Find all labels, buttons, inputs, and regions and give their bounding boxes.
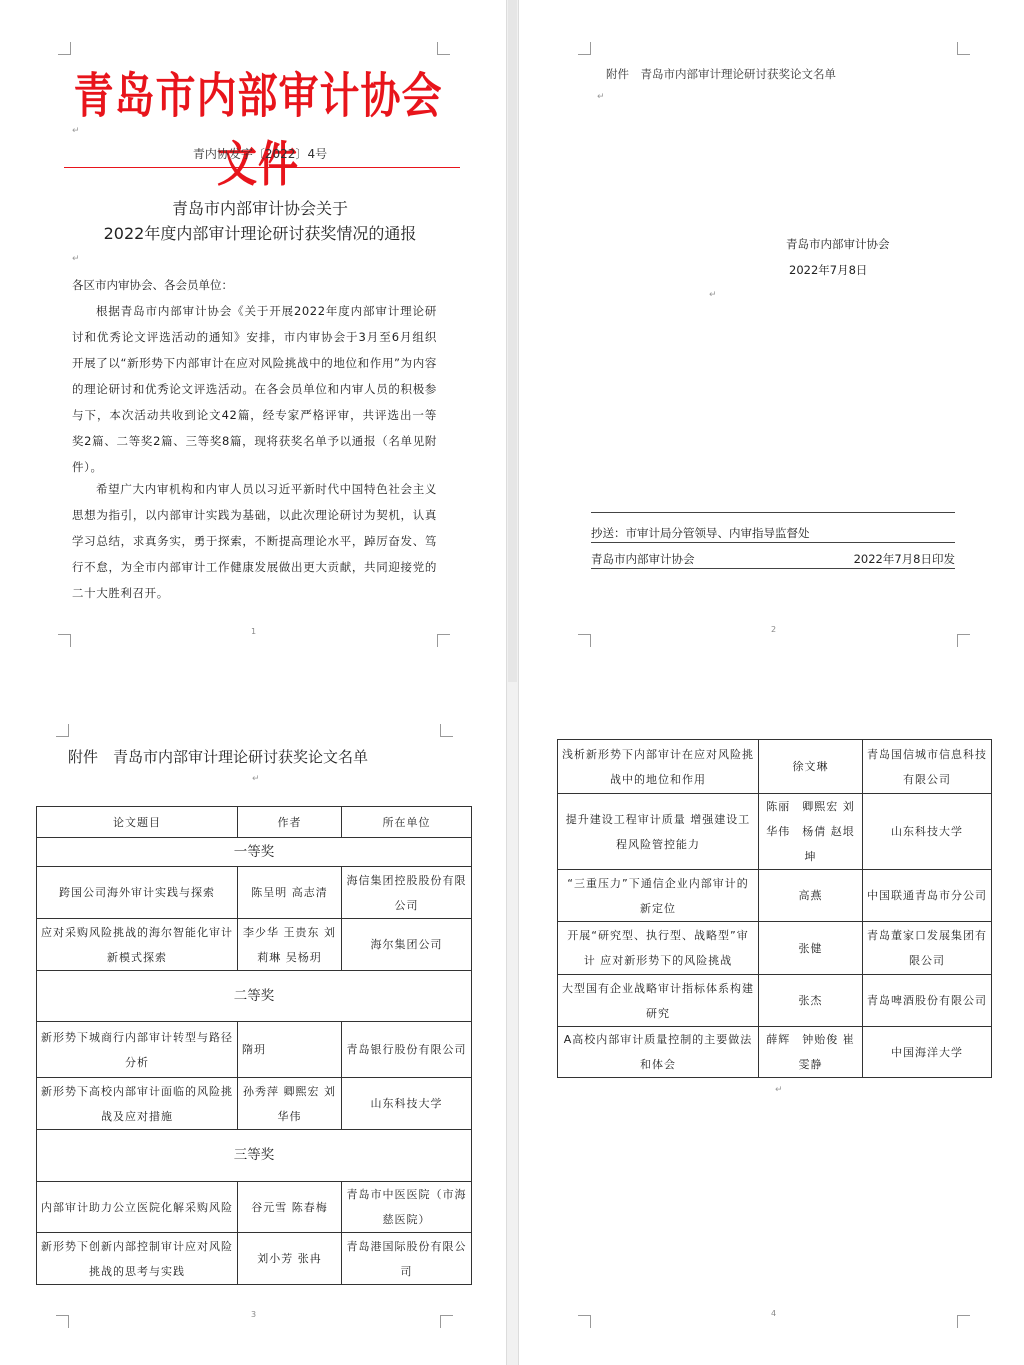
cell-title: A高校内部审计质量控制的主要做法和体会 (558, 1027, 759, 1078)
group-label: 一等奖 (37, 838, 472, 867)
table-header-row: 论文题目 作者 所在单位 (37, 807, 472, 838)
page-number: 4 (771, 1309, 776, 1318)
paragraph-mark: ↵ (252, 774, 260, 784)
paragraph-mark: ↵ (72, 126, 80, 136)
red-divider-line (64, 167, 460, 168)
page-corner-mark (957, 42, 970, 55)
page-corner-mark (578, 1315, 591, 1328)
cell-authors: 谷元雪 陈春梅 (238, 1182, 342, 1233)
cell-authors: 孙秀萍 卿熙宏 刘华伟 (238, 1078, 342, 1130)
cell-title: 新形势下高校内部审计面临的风险挑战及应对措施 (37, 1078, 238, 1130)
paragraph-mark: ↵ (709, 290, 717, 300)
group-row-first-prize: 一等奖 (37, 838, 472, 867)
cc-line: 抄送：市审计局分管领导、内审指导监督处 (591, 525, 955, 543)
table-row: 开展“研究型、执行型、战略型”审计 应对新形势下的风险挑战 张健 青岛董家口发展… (558, 922, 992, 975)
cell-title: 开展“研究型、执行型、战略型”审计 应对新形势下的风险挑战 (558, 922, 759, 975)
header-unit: 所在单位 (342, 807, 472, 838)
cell-title: 内部审计助力公立医院化解采购风险 (37, 1182, 238, 1233)
cell-authors: 陈丽 卿熙宏 刘华伟 杨倩 赵垠坤 (759, 794, 863, 870)
table-row: 跨国公司海外审计实践与探索 陈呈明 高志清 海信集团控股股份有限公司 (37, 867, 472, 919)
table-row: 大型国有企业战略审计指标体系构建研究 张杰 青岛啤酒股份有限公司 (558, 975, 992, 1027)
cell-unit: 山东科技大学 (863, 794, 992, 870)
paragraph-mark: ↵ (597, 92, 605, 102)
masthead-title: 青岛市内部审计协会文件 (68, 58, 448, 195)
awards-table-part2: 浅析新形势下内部审计在应对风险挑战中的地位和作用 徐文琳 青岛国信城市信息科技有… (557, 739, 992, 1078)
page-corner-mark (578, 634, 591, 647)
attachment-reference: 附件 青岛市内部审计理论研讨获奖论文名单 (606, 66, 836, 82)
footer-divider (591, 512, 955, 513)
signature-organization: 青岛市内部审计协会 (786, 236, 890, 252)
issue-date: 2022年7月8日印发 (854, 551, 955, 567)
cell-authors: 高燕 (759, 870, 863, 922)
table-row: 浅析新形势下内部审计在应对风险挑战中的地位和作用 徐文琳 青岛国信城市信息科技有… (558, 740, 992, 794)
table-row: 新形势下城商行内部审计转型与路径分析 隋玥 青岛银行股份有限公司 (37, 1022, 472, 1078)
page-corner-mark (58, 634, 71, 647)
group-label: 二等奖 (37, 971, 472, 1022)
table-row: “三重压力”下通信企业内部审计的新定位 高燕 中国联通青岛市分公司 (558, 870, 992, 922)
page-corner-mark (440, 724, 453, 737)
notice-title-line2: 2022年度内部审计理论研讨获奖情况的通报 (60, 221, 460, 244)
cell-unit: 青岛国信城市信息科技有限公司 (863, 740, 992, 794)
page-corner-mark (437, 42, 450, 55)
scrollbar-thumb[interactable] (508, 0, 517, 682)
notice-title-line1: 青岛市内部审计协会关于 (60, 196, 460, 219)
cell-title: 新形势下创新内部控制审计应对风险挑战的思考与实践 (37, 1233, 238, 1285)
issuer-line: 青岛市内部审计协会 2022年7月8日印发 (591, 551, 955, 569)
salutation: 各区市内审协会、各会员单位： (72, 277, 233, 293)
header-title: 论文题目 (37, 807, 238, 838)
cell-title: 跨国公司海外审计实践与探索 (37, 867, 238, 919)
page-corner-mark (440, 1315, 453, 1328)
cell-unit: 青岛啤酒股份有限公司 (863, 975, 992, 1027)
page-corner-mark (56, 724, 69, 737)
cell-title: 大型国有企业战略审计指标体系构建研究 (558, 975, 759, 1027)
cell-unit: 青岛市中医医院（市海慈医院） (342, 1182, 472, 1233)
page-corner-mark (58, 42, 71, 55)
cell-authors: 徐文琳 (759, 740, 863, 794)
cell-unit: 海信集团控股股份有限公司 (342, 867, 472, 919)
cell-title: “三重压力”下通信企业内部审计的新定位 (558, 870, 759, 922)
table-row: 新形势下创新内部控制审计应对风险挑战的思考与实践 刘小芳 张冉 青岛港国际股份有… (37, 1233, 472, 1285)
cell-authors: 张健 (759, 922, 863, 975)
document-page-2: 2 ↵ ↵ (519, 0, 1024, 682)
cell-unit: 中国海洋大学 (863, 1027, 992, 1078)
attachment-title: 附件 青岛市内部审计理论研讨获奖论文名单 (68, 746, 368, 767)
cell-unit: 海尔集团公司 (342, 919, 472, 971)
cell-authors: 隋玥 (238, 1022, 342, 1078)
page-number: 3 (251, 1310, 256, 1319)
document-number: 青内协发字〔2022〕4号 (0, 145, 520, 162)
page-number: 2 (771, 625, 776, 634)
page-gutter-scrollbar[interactable] (506, 0, 519, 1365)
signature-date: 2022年7月8日 (789, 262, 867, 278)
group-label: 三等奖 (37, 1130, 472, 1182)
table-row: 内部审计助力公立医院化解采购风险 谷元雪 陈春梅 青岛市中医医院（市海慈医院） (37, 1182, 472, 1233)
cell-unit: 中国联通青岛市分公司 (863, 870, 992, 922)
group-row-third-prize: 三等奖 (37, 1130, 472, 1182)
cell-title: 浅析新形势下内部审计在应对风险挑战中的地位和作用 (558, 740, 759, 794)
page-corner-mark (957, 1315, 970, 1328)
cell-title: 应对采购风险挑战的海尔智能化审计新模式探索 (37, 919, 238, 971)
table-row: 新形势下高校内部审计面临的风险挑战及应对措施 孙秀萍 卿熙宏 刘华伟 山东科技大… (37, 1078, 472, 1130)
table-row: 提升建设工程审计质量 增强建设工程风险管控能力 陈丽 卿熙宏 刘华伟 杨倩 赵垠… (558, 794, 992, 870)
paragraph-mark: ↵ (72, 254, 80, 264)
cell-authors: 李少华 王贵东 刘莉琳 吴杨玥 (238, 919, 342, 971)
document-page-1: 青岛市内部审计协会文件 ↵ 青内协发字〔2022〕4号 青岛市内部审计协会关于 … (0, 0, 506, 682)
awards-table-part1: 论文题目 作者 所在单位 一等奖 跨国公司海外审计实践与探索 陈呈明 高志清 海… (36, 806, 472, 1285)
cell-unit: 山东科技大学 (342, 1078, 472, 1130)
body-paragraph-2: 希望广大内审机构和内审人员以习近平新时代中国特色社会主义思想为指引，以内部审计实… (72, 476, 437, 606)
table-row: 应对采购风险挑战的海尔智能化审计新模式探索 李少华 王贵东 刘莉琳 吴杨玥 海尔… (37, 919, 472, 971)
group-row-second-prize: 二等奖 (37, 971, 472, 1022)
cell-unit: 青岛港国际股份有限公司 (342, 1233, 472, 1285)
body-paragraph-1: 根据青岛市内部审计协会《关于开展2022年度内部审计理论研讨和优秀论文评选活动的… (72, 298, 437, 480)
page-corner-mark (437, 634, 450, 647)
cell-authors: 张杰 (759, 975, 863, 1027)
issuer-organization: 青岛市内部审计协会 (591, 551, 695, 567)
paragraph-mark: ↵ (775, 1085, 783, 1095)
cell-title: 提升建设工程审计质量 增强建设工程风险管控能力 (558, 794, 759, 870)
table-row: A高校内部审计质量控制的主要做法和体会 薛辉 钟贻俊 崔雯静 中国海洋大学 (558, 1027, 992, 1078)
page-corner-mark (578, 42, 591, 55)
header-author: 作者 (238, 807, 342, 838)
page-number: 1 (251, 627, 256, 636)
cell-authors: 陈呈明 高志清 (238, 867, 342, 919)
cell-unit: 青岛董家口发展集团有限公司 (863, 922, 992, 975)
cell-unit: 青岛银行股份有限公司 (342, 1022, 472, 1078)
page-corner-mark (957, 634, 970, 647)
page-corner-mark (56, 1315, 69, 1328)
cell-authors: 刘小芳 张冉 (238, 1233, 342, 1285)
cell-title: 新形势下城商行内部审计转型与路径分析 (37, 1022, 238, 1078)
cell-authors: 薛辉 钟贻俊 崔雯静 (759, 1027, 863, 1078)
